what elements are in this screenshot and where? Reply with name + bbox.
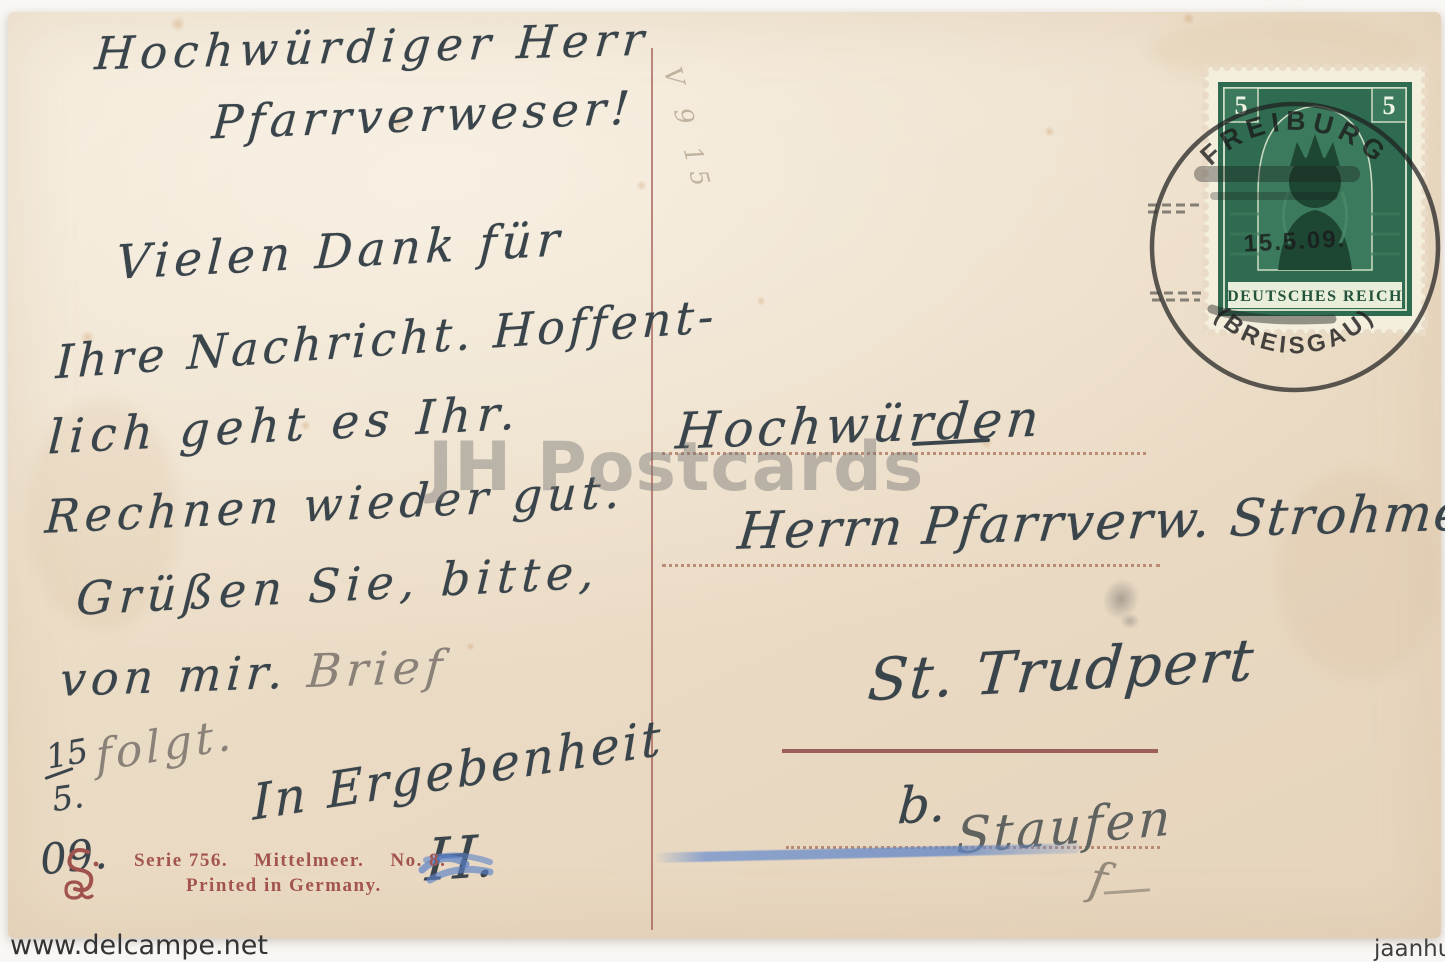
foxing-spot <box>1182 12 1195 25</box>
imprint-number: No. 8. <box>390 850 446 871</box>
message-line-pencil: Brief <box>306 639 449 698</box>
postmark-town: FREIBURG <box>1194 106 1395 171</box>
foxing-spot <box>636 180 647 191</box>
imprint-series-line: Serie 756.Mittelmeer.No. 8. <box>134 850 472 872</box>
foxing-spot <box>756 296 766 306</box>
ink-smudge <box>1116 610 1144 632</box>
seller-watermark: jaanhus <box>1374 936 1445 962</box>
address-underline <box>782 749 1158 753</box>
site-watermark: JH Postcards <box>428 428 924 507</box>
publisher-monogram-icon <box>54 844 104 904</box>
address-line-near-prefix: b. <box>896 775 948 836</box>
message-line-ink: von mir. <box>58 644 309 707</box>
imprint-title: Mittelmeer. <box>254 850 364 871</box>
svg-text:FREIBURG: FREIBURG <box>1194 106 1395 171</box>
postcard-scan: Hochwürdiger Herr Pfarrverweser! Vielen … <box>0 0 1445 962</box>
foxing-spot <box>466 642 475 651</box>
imprint-printed-line: Printed in Germany. <box>186 875 382 897</box>
address-dotted-line <box>662 564 1160 567</box>
date-month: 5. <box>49 776 86 819</box>
postmark-date: 15.5.09. <box>1243 225 1347 257</box>
foxing-spot <box>1044 126 1055 137</box>
postmark: FREIBURG (BREISGAU) 15.5.09. <box>1142 94 1445 400</box>
delcampe-watermark: www.delcampe.net <box>10 930 268 961</box>
imprint-series: Serie 756. <box>134 850 228 871</box>
